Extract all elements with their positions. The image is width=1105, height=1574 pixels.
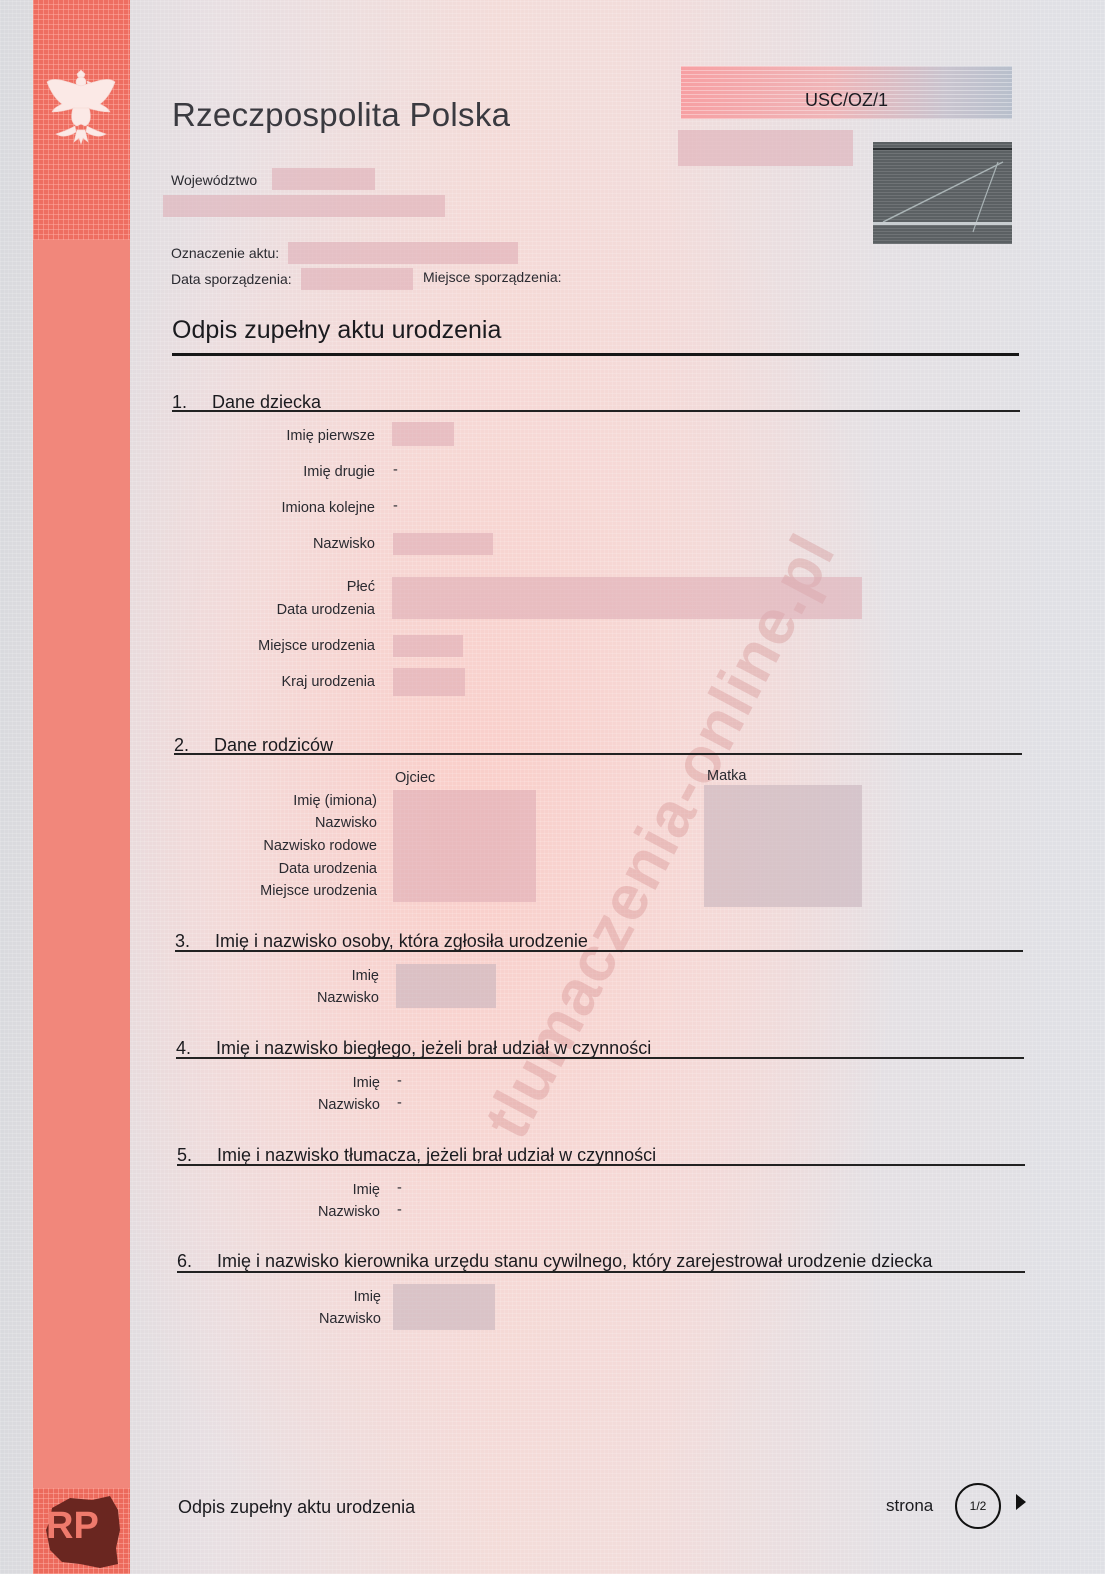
parent-label-birth-place: Miejsce urodzenia <box>177 883 377 899</box>
date-prepared-label: Data sporządzenia: <box>171 271 292 287</box>
parent-label-maiden-name: Nazwisko rodowe <box>177 838 377 854</box>
section-title: Dane rodziców <box>214 735 333 755</box>
redacted-birth-place <box>393 635 463 657</box>
section-title: Imię i nazwisko kierownika urzędu stanu … <box>217 1251 932 1271</box>
section-6-heading: 6.Imię i nazwisko kierownika urzędu stan… <box>177 1251 932 1272</box>
section-number: 5. <box>177 1145 217 1166</box>
form-code: USC/OZ/1 <box>681 90 1012 111</box>
registrar-label-name: Imię <box>181 1289 381 1305</box>
form-code-box: USC/OZ/1 <box>681 66 1012 119</box>
translator-value-name: - <box>397 1180 402 1196</box>
page-label: strona <box>886 1496 933 1516</box>
section-4-heading: 4.Imię i nazwisko biegłego, jeżeli brał … <box>176 1038 651 1059</box>
section-4-rule <box>176 1057 1024 1059</box>
hologram-icon <box>873 142 1012 244</box>
polish-eagle-emblem-icon <box>44 68 118 148</box>
redacted-voivodeship <box>272 168 375 190</box>
redacted-registrar <box>393 1284 495 1330</box>
expert-value-name: - <box>397 1073 402 1089</box>
redacted-mother-data <box>704 785 862 907</box>
redacted-office <box>678 130 853 166</box>
svg-text:RP: RP <box>46 1505 99 1547</box>
section-5-heading: 5.Imię i nazwisko tłumacza, jeżeli brał … <box>177 1145 656 1166</box>
section-number: 3. <box>175 931 215 952</box>
field-label-surname: Nazwisko <box>175 536 375 552</box>
redacted-surname <box>393 533 493 555</box>
redacted-reporter <box>396 964 496 1008</box>
section-title: Dane dziecka <box>212 392 321 412</box>
page-indicator-text: 1/2 <box>970 1499 987 1513</box>
translator-label-name: Imię <box>180 1182 380 1198</box>
redacted-father-data <box>393 790 536 902</box>
expert-value-surname: - <box>397 1095 402 1111</box>
act-designation-label: Oznaczenie aktu: <box>171 245 279 261</box>
section-title: Imię i nazwisko tłumacza, jeżeli brał ud… <box>217 1145 656 1165</box>
next-page-arrow-icon <box>1016 1494 1026 1510</box>
field-label-birth-date: Data urodzenia <box>175 602 375 618</box>
translator-value-surname: - <box>397 1202 402 1218</box>
redacted-office-name <box>163 195 445 217</box>
page-indicator: 1/2 <box>955 1483 1001 1529</box>
field-label-sex: Płeć <box>175 579 375 595</box>
section-1-rule <box>172 410 1020 412</box>
field-label-second-name: Imię drugie <box>175 464 375 480</box>
field-label-birth-country: Kraj urodzenia <box>175 674 375 690</box>
footer-title: Odpis zupełny aktu urodzenia <box>178 1497 415 1518</box>
parent-label-birth-date: Data urodzenia <box>177 861 377 877</box>
section-5-rule <box>177 1164 1025 1166</box>
rp-map-logo-icon: RP <box>40 1490 126 1570</box>
field-value-second-name: - <box>393 462 398 478</box>
redacted-act-designation <box>288 242 518 264</box>
redacted-first-name <box>392 422 454 446</box>
registrar-label-surname: Nazwisko <box>181 1311 381 1327</box>
parent-label-surname: Nazwisko <box>177 815 377 831</box>
document-title: Odpis zupełny aktu urodzenia <box>172 316 501 345</box>
reporter-label-name: Imię <box>179 968 379 984</box>
section-6-rule <box>177 1271 1025 1273</box>
title-rule <box>172 353 1019 356</box>
country-title: Rzeczpospolita Polska <box>172 96 510 134</box>
field-label-birth-place: Miejsce urodzenia <box>175 638 375 654</box>
section-3-rule <box>175 950 1023 952</box>
column-father: Ojciec <box>395 770 435 786</box>
field-label-further-names: Imiona kolejne <box>175 500 375 516</box>
field-value-further-names: - <box>393 498 398 514</box>
section-title: Imię i nazwisko biegłego, jeżeli brał ud… <box>216 1038 651 1058</box>
section-title: Imię i nazwisko osoby, która zgłosiła ur… <box>215 931 588 951</box>
redacted-birth-country <box>393 668 465 696</box>
column-mother: Matka <box>707 768 747 784</box>
section-number: 6. <box>177 1251 217 1272</box>
voivodeship-label: Województwo <box>171 172 257 188</box>
reporter-label-surname: Nazwisko <box>179 990 379 1006</box>
translator-label-surname: Nazwisko <box>180 1204 380 1220</box>
section-number: 4. <box>176 1038 216 1059</box>
section-3-heading: 3.Imię i nazwisko osoby, która zgłosiła … <box>175 931 588 952</box>
expert-label-surname: Nazwisko <box>180 1097 380 1113</box>
section-2-rule <box>174 753 1022 755</box>
redacted-sex-birth-date <box>392 577 862 619</box>
expert-label-name: Imię <box>180 1075 380 1091</box>
field-label-first-name: Imię pierwsze <box>175 428 375 444</box>
place-prepared-label: Miejsce sporządzenia: <box>423 269 562 285</box>
redacted-date-prepared <box>301 268 413 290</box>
parent-label-given-names: Imię (imiona) <box>177 793 377 809</box>
